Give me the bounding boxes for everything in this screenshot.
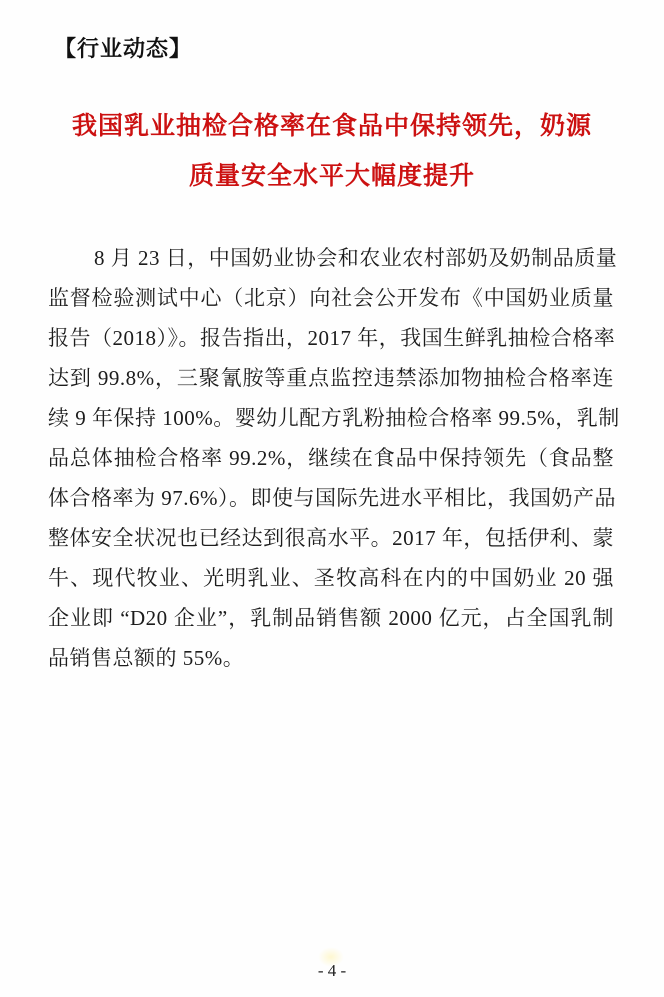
article-line: 达到 99.8%，三聚氰胺等重点监控违禁添加物抽检合格率连 bbox=[48, 358, 614, 398]
article-body: 8 月 23 日，中国奶业协会和农业农村部奶及奶制品质量 监督检验测试中心（北京… bbox=[48, 238, 614, 678]
article-title-line-2: 质量安全水平大幅度提升 bbox=[40, 152, 624, 202]
article-title-line-1: 我国乳业抽检合格率在食品中保持领先，奶源 bbox=[40, 102, 624, 152]
article-line: 品销售总额的 55%。 bbox=[48, 638, 614, 678]
article-line: 企业即 “D20 企业”，乳制品销售额 2000 亿元，占全国乳制 bbox=[48, 598, 614, 638]
article-line: 品总体抽检合格率 99.2%，继续在食品中保持领先（食品整 bbox=[48, 438, 614, 478]
section-heading: 【行业动态】 bbox=[54, 32, 192, 63]
article-line: 整体安全状况也已经达到很高水平。2017 年，包括伊利、蒙 bbox=[48, 518, 614, 558]
article-line: 续 9 年保持 100%。婴幼儿配方乳粉抽检合格率 99.5%，乳制 bbox=[48, 398, 614, 438]
article-title: 我国乳业抽检合格率在食品中保持领先，奶源 质量安全水平大幅度提升 bbox=[40, 102, 624, 202]
document-page: 【行业动态】 我国乳业抽检合格率在食品中保持领先，奶源 质量安全水平大幅度提升 … bbox=[0, 0, 664, 997]
article-line: 8 月 23 日，中国奶业协会和农业农村部奶及奶制品质量 bbox=[48, 238, 614, 278]
article-line: 体合格率为 97.6%）。即使与国际先进水平相比，我国奶产品 bbox=[48, 478, 614, 518]
article-line: 监督检验测试中心（北京）向社会公开发布《中国奶业质量 bbox=[48, 278, 614, 318]
page-number: - 4 - bbox=[0, 961, 664, 981]
article-line: 报告（2018）》。报告指出，2017 年，我国生鲜乳抽检合格率 bbox=[48, 318, 614, 358]
article-line: 牛、现代牧业、光明乳业、圣牧高科在内的中国奶业 20 强 bbox=[48, 558, 614, 598]
